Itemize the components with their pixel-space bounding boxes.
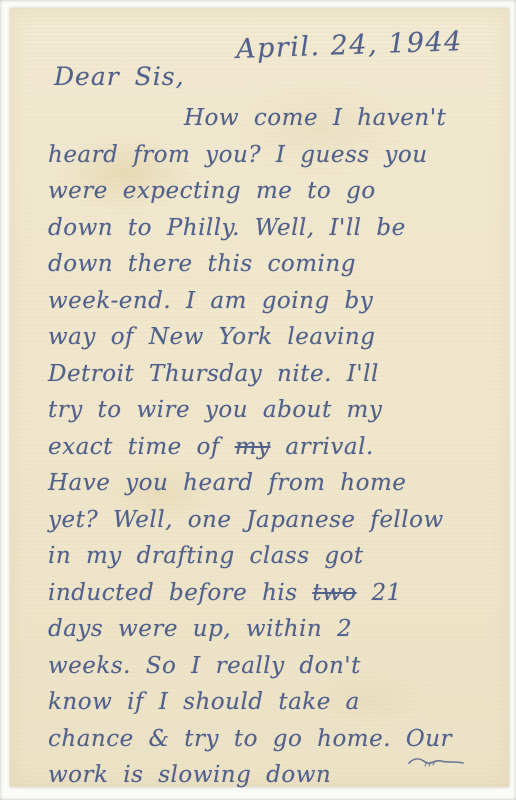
letter-text: in my drafting class got <box>48 543 364 569</box>
letter-line: try to wire you about my <box>48 392 485 429</box>
letter-text: exact time of <box>48 434 235 460</box>
letter-line: exact time of my arrival. <box>48 429 485 466</box>
letter-salutation: Dear Sis, <box>54 62 185 91</box>
letter-text: down there this coming <box>48 251 356 277</box>
letter-text: heard from you? I guess you <box>48 142 428 168</box>
letter-text: know if I should take a <box>48 689 360 715</box>
struck-word: my <box>235 434 271 460</box>
letter-text: chance & try to go home. Our <box>48 726 452 752</box>
letter-text: yet? Well, one Japanese fellow <box>48 507 444 533</box>
letter-line: were expecting me to go <box>48 173 485 210</box>
letter-text: How come I haven't <box>184 105 446 131</box>
letter-text: days were up, within 2 <box>48 616 352 642</box>
pen-flourish-mark <box>407 753 465 769</box>
letter-line: Have you heard from home <box>48 465 485 502</box>
letter-text: were expecting me to go <box>48 178 376 204</box>
letter-text: Detroit Thursday nite. I'll <box>48 361 379 387</box>
letter-line: Detroit Thursday nite. I'll <box>48 356 485 393</box>
letter-line: weeks. So I really don't <box>48 648 485 685</box>
letter-paper: April. 24, 1944 Dear Sis, How come I hav… <box>10 8 509 787</box>
letter-text: down to Philly. Well, I'll be <box>48 215 406 241</box>
scanned-letter-page: April. 24, 1944 Dear Sis, How come I hav… <box>0 0 516 800</box>
letter-text: 21 <box>357 580 402 606</box>
letter-text: inducted before his <box>48 580 312 606</box>
letter-line: yet? Well, one Japanese fellow <box>48 502 485 539</box>
letter-date: April. 24, 1944 <box>236 26 464 65</box>
letter-text: Have you heard from home <box>48 470 406 496</box>
letter-text: weeks. So I really don't <box>48 653 361 679</box>
letter-line: inducted before his two 21 <box>48 575 485 612</box>
letter-line: know if I should take a <box>48 684 485 721</box>
letter-line: heard from you? I guess you <box>48 137 485 174</box>
letter-text: week-end. I am going by <box>48 288 373 314</box>
letter-line: down to Philly. Well, I'll be <box>48 210 485 247</box>
letter-line: week-end. I am going by <box>48 283 485 320</box>
letter-line: chance & try to go home. Our <box>48 721 485 758</box>
letter-text: work is slowing down <box>48 762 331 788</box>
letter-text: way of New York leaving <box>48 324 375 350</box>
struck-word: two <box>312 580 356 606</box>
letter-body: How come I haven'theard from you? I gues… <box>48 100 485 794</box>
letter-line: in my drafting class got <box>48 538 485 575</box>
letter-text: try to wire you about my <box>48 397 382 423</box>
letter-line: down there this coming <box>48 246 485 283</box>
letter-line: How come I haven't <box>48 100 485 137</box>
letter-text: arrival. <box>271 434 374 460</box>
letter-line: way of New York leaving <box>48 319 485 356</box>
letter-line: days were up, within 2 <box>48 611 485 648</box>
